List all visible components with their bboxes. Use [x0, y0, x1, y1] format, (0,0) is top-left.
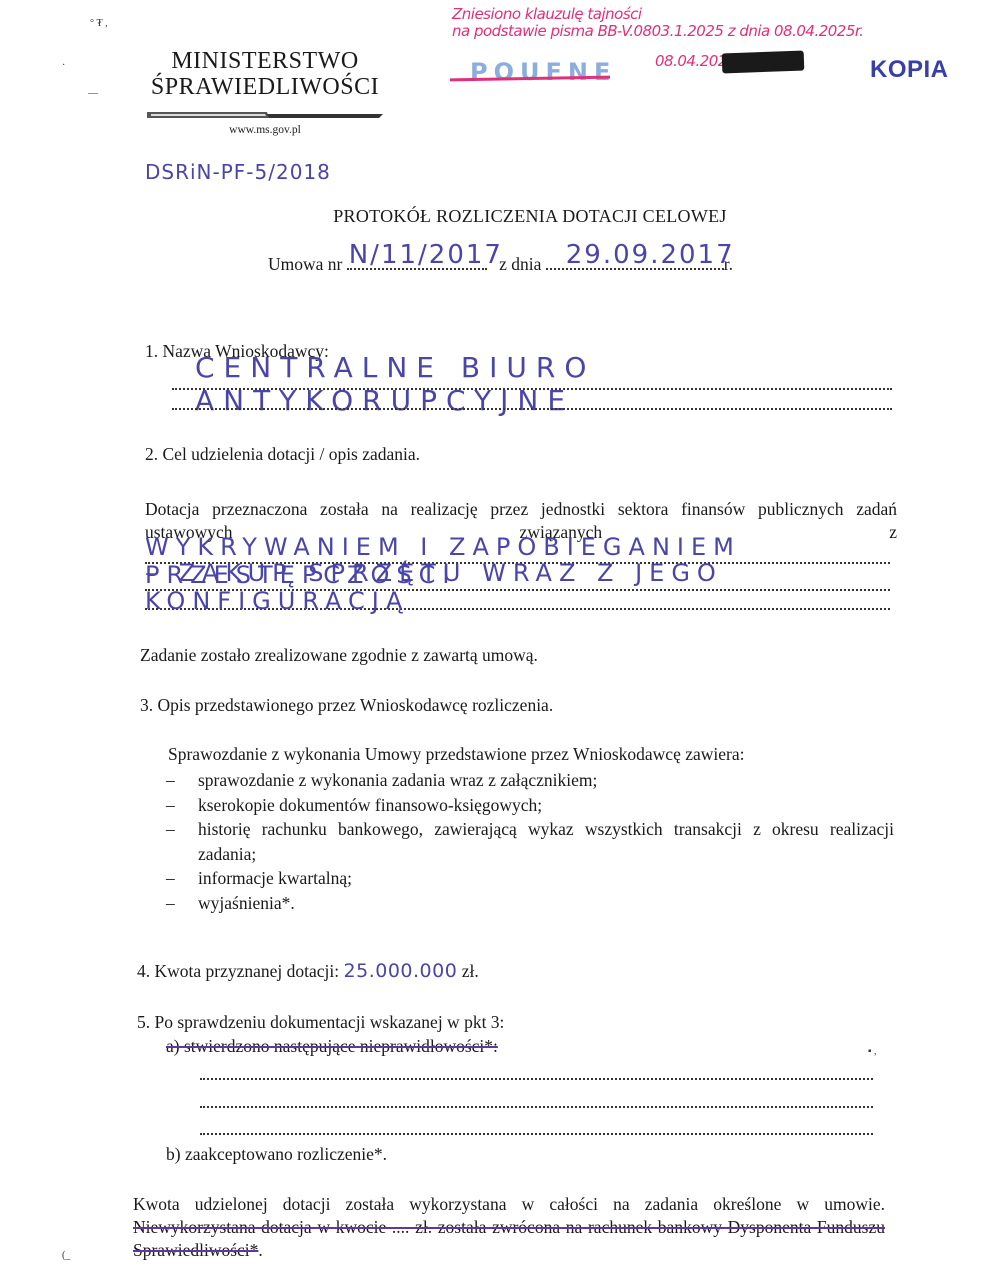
section2-label: 2. Cel udzielenia dotacji / opis zadania…	[145, 443, 420, 466]
section3-label: 3. Opis przedstawionego przez Wnioskodaw…	[140, 694, 553, 717]
ministry-logo-title: MINISTERSTWO ŚPRAWIEDLIWOŚCI	[140, 48, 390, 100]
scan-mark: —	[88, 88, 98, 99]
contract-line: Umowa nr N/11/2017 z dnia 29.09.2017r.	[268, 250, 733, 275]
scan-mark: ·	[62, 60, 65, 71]
classification-stamp: POUFNE	[470, 58, 616, 86]
section4: 4. Kwota przyznanej dotacji: 25.000.000 …	[137, 960, 479, 983]
document-title: PROTOKÓŁ ROZLICZENIA DOTACJI CELOWEJ	[0, 206, 992, 227]
ministry-name-line2: ŚPRAWIEDLIWOŚCI	[140, 74, 390, 100]
website-url: www.ms.gov.pl	[145, 124, 385, 136]
contract-date-field: 29.09.2017	[546, 250, 724, 270]
scan-mark: ° ₮ ,	[90, 18, 108, 29]
scan-mark: (_	[62, 1250, 70, 1261]
currency: zł.	[462, 961, 479, 981]
declassification-note-line2: na podstawie pisma BB-V.0803.1.2025 z dn…	[452, 23, 863, 40]
unused-statement-struck: Niewykorzystana dotacja w kwocie .... zł…	[133, 1217, 885, 1260]
list-item: –historię rachunku bankowego, zawierając…	[166, 817, 894, 866]
copy-stamp: KOPIA	[870, 56, 949, 84]
final-paragraph: Kwota udzielonej dotacji została wykorzy…	[133, 1193, 885, 1262]
applicant-name-line-2	[172, 398, 892, 410]
logo-ribbon-icon	[147, 112, 383, 118]
completion-statement: Zadanie zostało zrealizowane zgodnie z z…	[140, 644, 538, 667]
scan-mark: ▪ ,	[868, 1046, 877, 1057]
ministry-name-line1: MINISTERSTWO	[140, 48, 390, 74]
date-label: z dnia	[499, 254, 541, 274]
list-item: –sprawozdanie z wykonania zadania wraz z…	[166, 768, 894, 793]
used-statement: Kwota udzielonej dotacji została wykorzy…	[133, 1194, 885, 1214]
section4-label: 4. Kwota przyznanej dotacji:	[137, 961, 339, 981]
contract-number: N/11/2017	[349, 240, 503, 270]
list-item: –kserokopie dokumentów finansowo-księgow…	[166, 793, 894, 818]
purpose-handwritten-2: – ZAKUP SPRZĘTU WRAZ Z JEGO KONFIGURACJĄ	[145, 559, 992, 615]
contract-number-field: N/11/2017	[347, 250, 487, 270]
attachments-list: –sprawozdanie z wykonania zadania wraz z…	[166, 768, 894, 915]
irregularities-line-2	[200, 1096, 873, 1108]
irregularities-line-3	[200, 1123, 873, 1135]
declassification-note-line1: Zniesiono klauzulę tajności	[452, 6, 863, 23]
section3-intro: Sprawozdanie z wykonania Umowy przedstaw…	[168, 743, 744, 766]
redacted-signature	[722, 51, 805, 74]
contract-date: 29.09.2017	[566, 240, 735, 270]
grant-amount: 25.000.000	[344, 960, 458, 982]
list-item: –wyjaśnienia*.	[166, 891, 894, 916]
irregularities-line-1	[200, 1068, 873, 1080]
declassification-note: Zniesiono klauzulę tajności na podstawie…	[452, 6, 863, 40]
reference-number: DSRiN-PF-5/2018	[145, 160, 331, 184]
option-a-irregularities: a) stwierdzono następujące nieprawidłowo…	[166, 1035, 498, 1058]
list-item: –informacje kwartalną;	[166, 866, 894, 891]
option-b-accepted: b) zaakceptowano rozliczenie*.	[166, 1143, 387, 1166]
section5-label: 5. Po sprawdzeniu dokumentacji wskazanej…	[137, 1011, 504, 1034]
contract-label: Umowa nr	[268, 254, 342, 274]
